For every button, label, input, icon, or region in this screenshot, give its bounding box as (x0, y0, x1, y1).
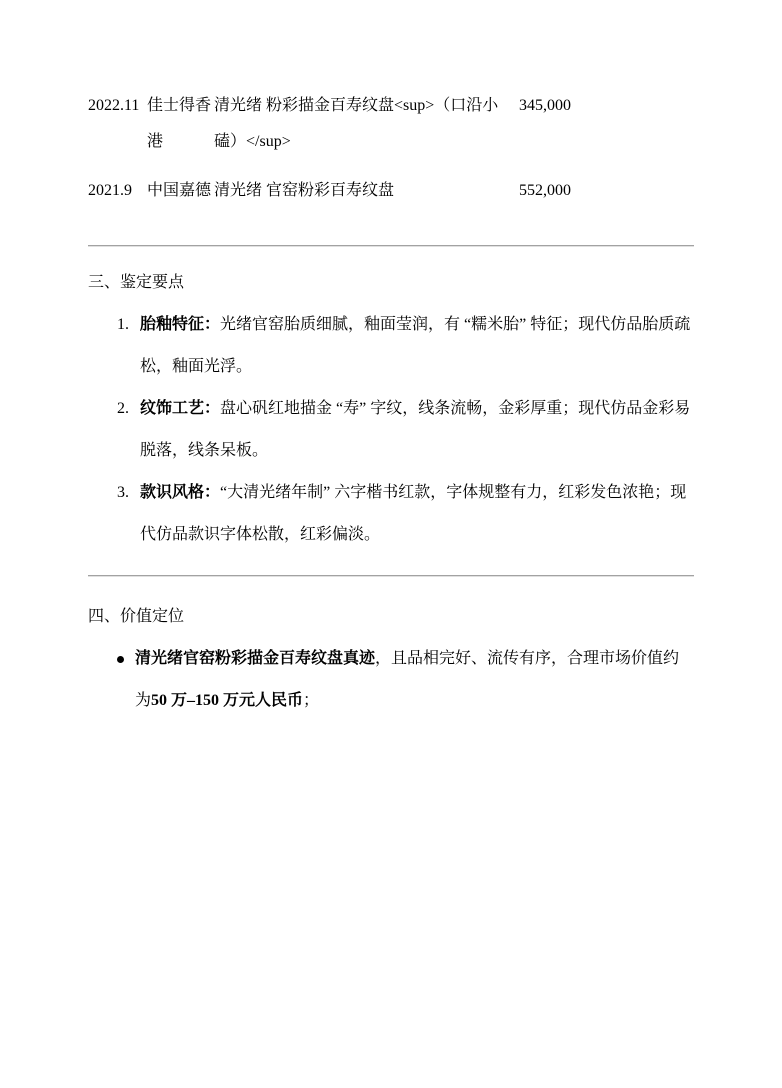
lot-name-line: 磕）</sup> (214, 124, 519, 160)
hammer-price-cell: 345,000 (519, 88, 694, 160)
section-heading-appraisal: 三、鉴定要点 (88, 265, 694, 301)
list-item: 清光绪官窑粉彩描金百寿纹盘真迹，且品相完好、流传有序，合理市场价值约 为50 万… (88, 638, 694, 722)
section-divider (88, 245, 694, 247)
section-heading-value: 四、价值定位 (88, 599, 694, 635)
table-row: 2022.11 佳士得香 港 清光绪 粉彩描金百寿纹盘<sup>（口沿小 磕）<… (88, 88, 694, 160)
auction-results-table: 2022.11 佳士得香 港 清光绪 粉彩描金百寿纹盘<sup>（口沿小 磕）<… (88, 88, 694, 209)
section-divider (88, 575, 694, 577)
list-item-lead: 款识风格： (140, 484, 220, 501)
list-number: 1. (117, 304, 129, 346)
auction-house-line: 中国嘉德 (147, 173, 214, 209)
list-item-text: “大清光绪年制” 六字楷书红款，字体规整有力，红彩发色浓艳；现 (220, 484, 686, 501)
hammer-price-cell: 552,000 (519, 173, 694, 209)
list-item-line: 胎釉特征：光绪官窑胎质细腻，釉面莹润，有 “糯米胎” 特征；现代仿品胎质疏 (140, 304, 694, 346)
auction-house-line: 港 (147, 124, 214, 160)
lot-name-line: 清光绪 粉彩描金百寿纹盘<sup>（口沿小 (214, 88, 519, 124)
auction-date-cell: 2021.9 (88, 173, 147, 209)
lot-name-cell: 清光绪 官窑粉彩百寿纹盘 (214, 173, 519, 209)
list-item: 2. 纹饰工艺：盘心矾红地描金 “寿” 字纹，线条流畅，金彩厚重；现代仿品金彩易… (88, 388, 694, 472)
lot-name-cell: 清光绪 粉彩描金百寿纹盘<sup>（口沿小 磕）</sup> (214, 88, 519, 160)
list-item-text: 盘心矾红地描金 “寿” 字纹，线条流畅，金彩厚重；现代仿品金彩易 (220, 400, 690, 417)
list-item-line: 清光绪官窑粉彩描金百寿纹盘真迹，且品相完好、流传有序，合理市场价值约 (135, 638, 694, 680)
appraisal-numbered-list: 1. 胎釉特征：光绪官窑胎质细腻，釉面莹润，有 “糯米胎” 特征；现代仿品胎质疏… (88, 304, 694, 556)
value-item-text: 为 (135, 692, 151, 709)
list-number: 3. (117, 472, 129, 514)
bullet-icon (117, 656, 124, 663)
list-item-line: 脱落，线条呆板。 (140, 430, 694, 472)
list-item: 1. 胎釉特征：光绪官窑胎质细腻，釉面莹润，有 “糯米胎” 特征；现代仿品胎质疏… (88, 304, 694, 388)
value-item-name: 清光绪官窑粉彩描金百寿纹盘真迹 (135, 650, 375, 667)
auction-house-line: 佳士得香 (147, 88, 214, 124)
list-item-line: 纹饰工艺：盘心矾红地描金 “寿” 字纹，线条流畅，金彩厚重；现代仿品金彩易 (140, 388, 694, 430)
lot-name-line: 清光绪 官窑粉彩百寿纹盘 (214, 173, 519, 209)
table-row: 2021.9 中国嘉德 清光绪 官窑粉彩百寿纹盘 552,000 (88, 173, 694, 209)
auction-house-cell: 中国嘉德 (147, 173, 214, 209)
list-item-lead: 纹饰工艺： (140, 400, 220, 417)
list-item-line: 代仿品款识字体松散，红彩偏淡。 (140, 514, 694, 556)
list-item: 3. 款识风格：“大清光绪年制” 六字楷书红款，字体规整有力，红彩发色浓艳；现 … (88, 472, 694, 556)
list-item-lead: 胎釉特征： (140, 316, 220, 333)
list-item-text: 光绪官窑胎质细腻，釉面莹润，有 “糯米胎” 特征；现代仿品胎质疏 (220, 316, 690, 333)
list-item-line: 款识风格：“大清光绪年制” 六字楷书红款，字体规整有力，红彩发色浓艳；现 (140, 472, 694, 514)
auction-house-cell: 佳士得香 港 (147, 88, 214, 160)
value-item-text: ； (303, 692, 319, 709)
list-number: 2. (117, 388, 129, 430)
list-item-line: 为50 万–150 万元人民币； (135, 680, 694, 722)
auction-date-cell: 2022.11 (88, 88, 147, 160)
list-item-line: 松，釉面光浮。 (140, 346, 694, 388)
page-content: 2022.11 佳士得香 港 清光绪 粉彩描金百寿纹盘<sup>（口沿小 磕）<… (0, 0, 782, 722)
value-range: 50 万–150 万元人民币 (151, 692, 303, 709)
value-item-text: ，且品相完好、流传有序，合理市场价值约 (375, 650, 679, 667)
document-page: 2022.11 佳士得香 港 清光绪 粉彩描金百寿纹盘<sup>（口沿小 磕）<… (0, 0, 782, 1088)
